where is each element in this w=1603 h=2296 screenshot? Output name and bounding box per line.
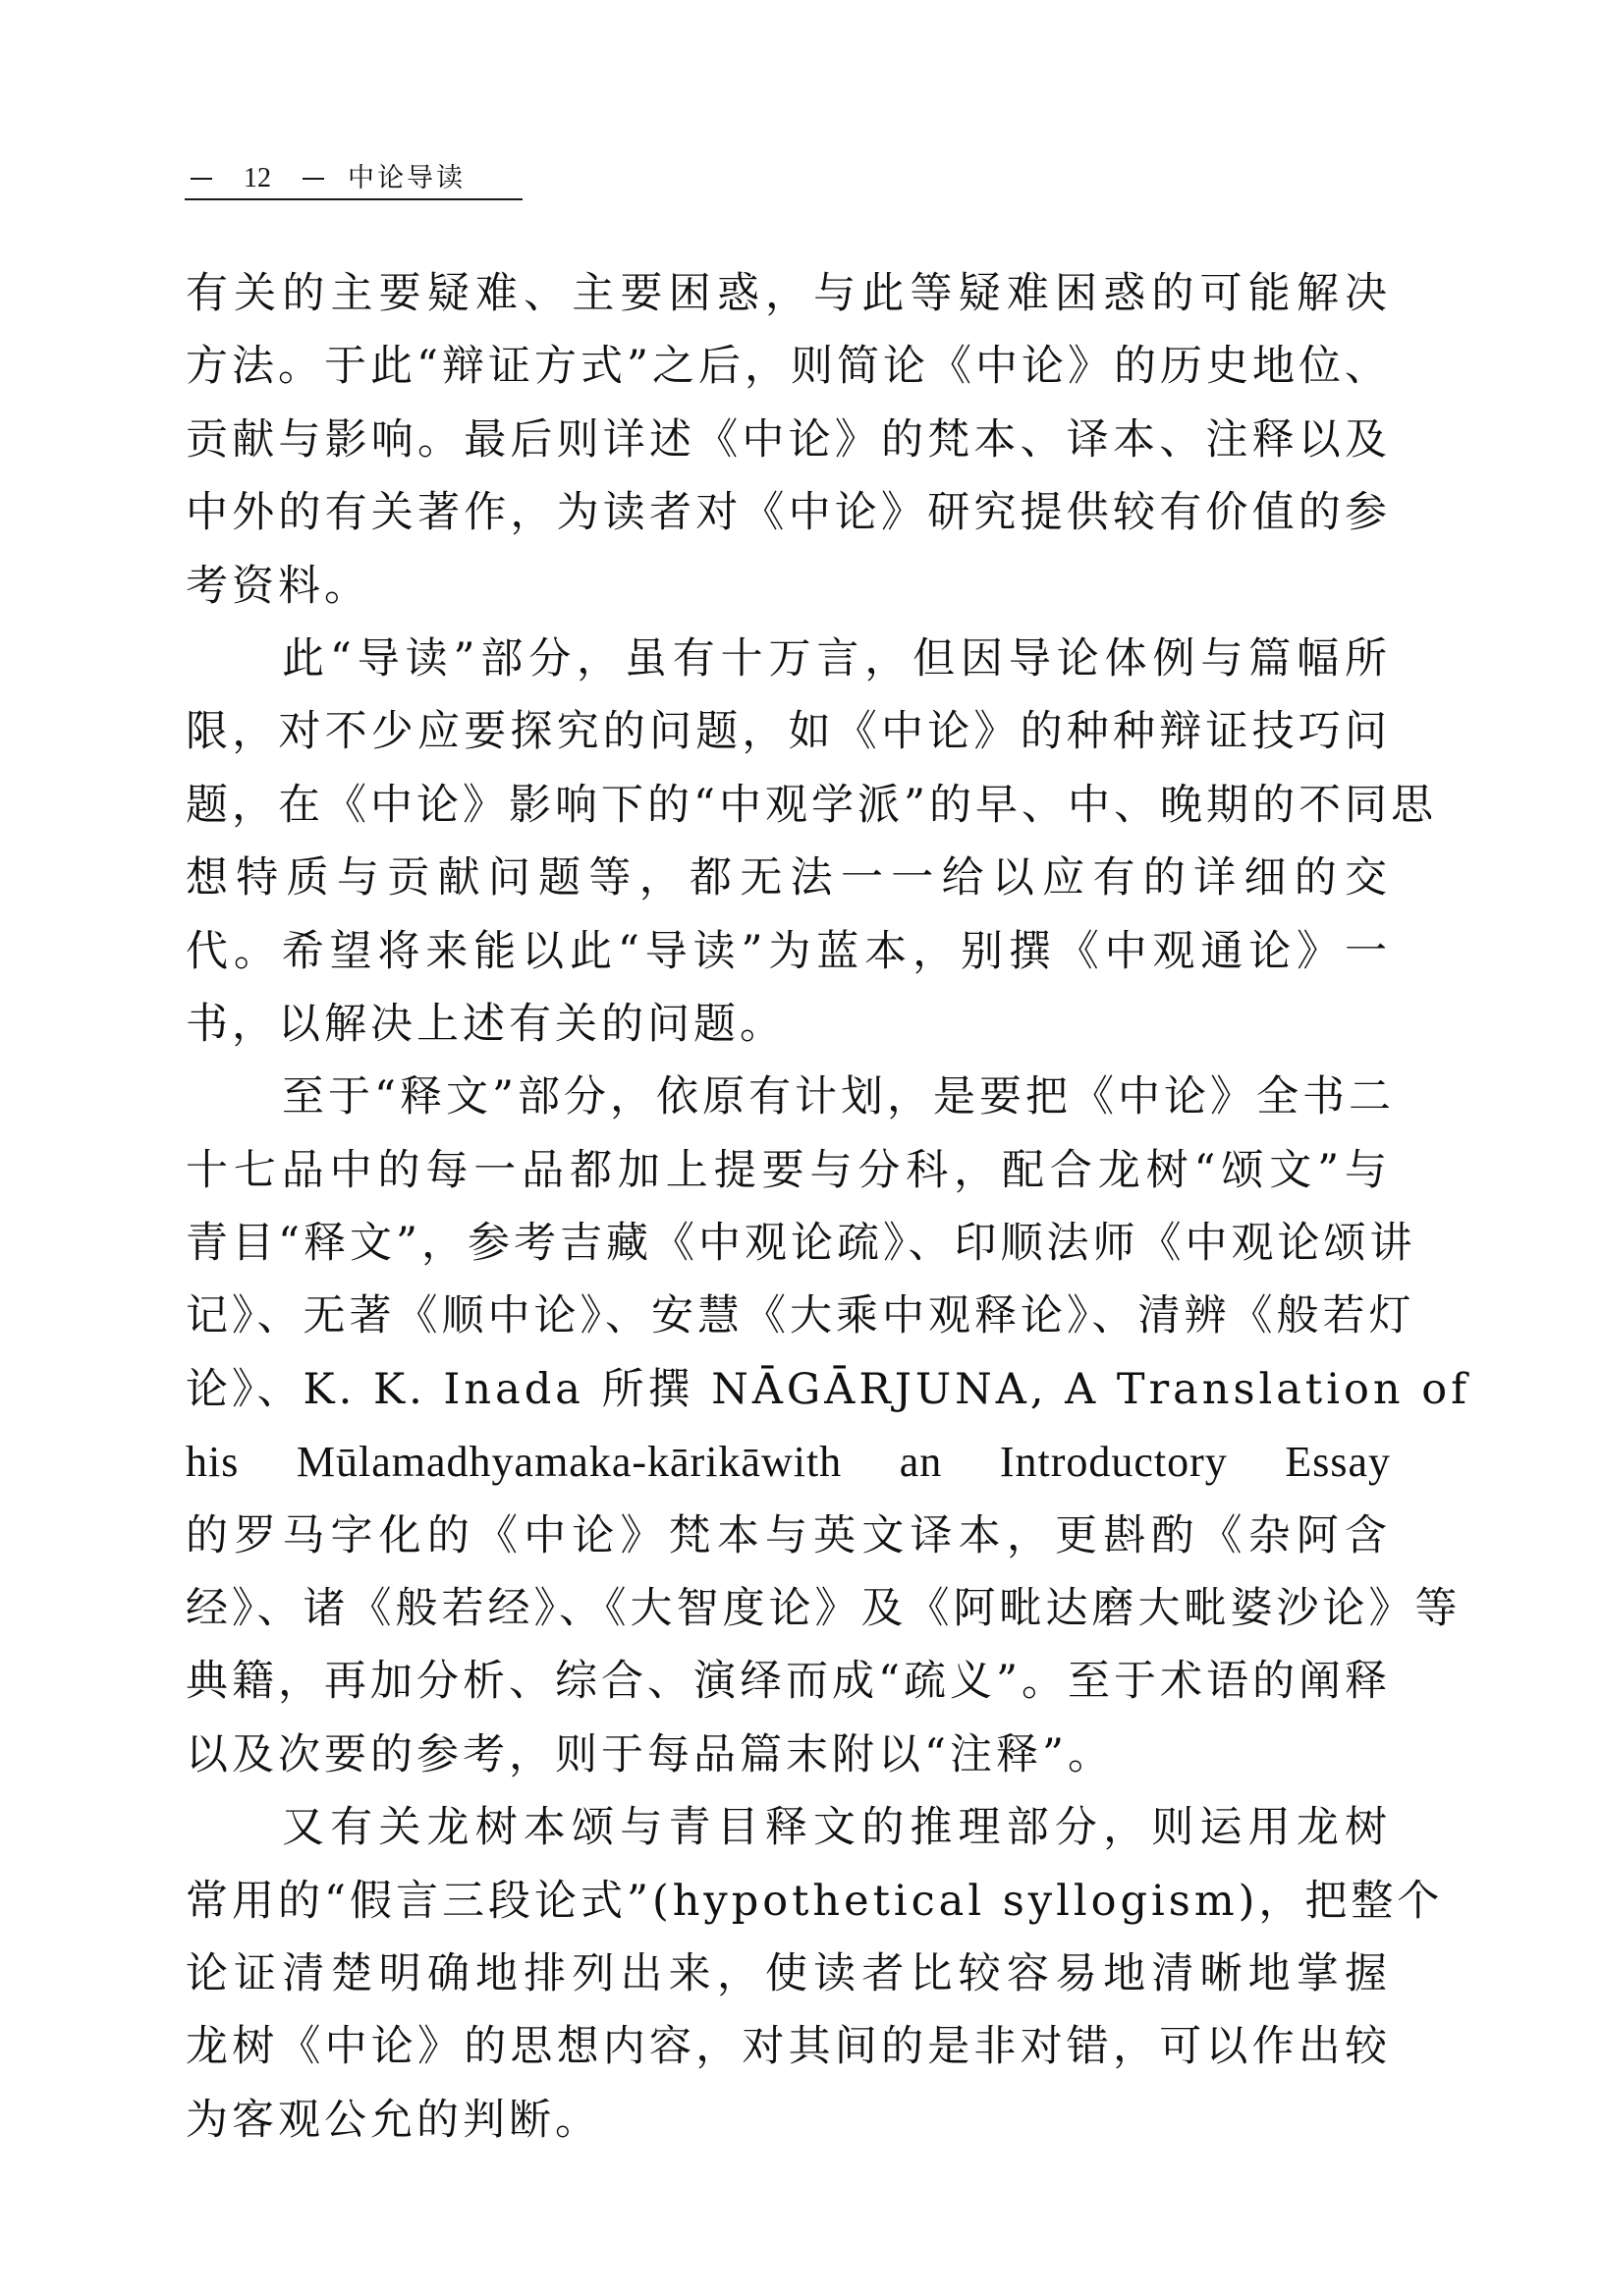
text-line: 龙树《中论》的思想内容，对其间的是非对错，可以作出较 [186,2010,1391,2083]
text-line: 贡献与影响。最后则详述《中论》的梵本、译本、注释以及 [186,404,1391,476]
text-line: 为客观公允的判断。 [186,2084,1391,2157]
text-line: 典籍，再加分析、综合、演绎而成“疏义”。至于术语的阐释 [186,1645,1391,1718]
text-line: 有关的主要疑难、主要困惑，与此等疑难困惑的可能解决 [186,257,1391,330]
text-line: 书，以解决上述有关的问题。 [186,988,1391,1061]
text-line: 的罗马字化的《中论》梵本与英文译本，更斟酌《杂阿含 [186,1500,1391,1572]
paragraph-3: 至于“释文”部分，依原有计划，是要把《中论》全书二 十七品中的每一品都加上提要与… [186,1061,1391,1791]
text-line: 方法。于此“辩证方式”之后，则简论《中论》的历史地位、 [186,330,1391,403]
book-title: 中论导读 [348,162,466,195]
paragraph-2: 此“导读”部分，虽有十万言，但因导论体例与篇幅所 限，对不少应要探究的问题，如《… [186,623,1391,1061]
text-line: 限，对不少应要探究的问题，如《中论》的种种辩证技巧问 [186,695,1391,768]
text-line: 十七品中的每一品都加上提要与分科，配合龙树“颂文”与 [186,1134,1391,1207]
text-line: 论证清楚明确地排列出来，使读者比较容易地清晰地掌握 [186,1938,1391,2010]
text-line: 想特质与贡献问题等，都无法一一给以应有的详细的交 [186,842,1391,914]
text-line: 记》、无著《顺中论》、安慧《大乘中观释论》、清辨《般若灯 [186,1280,1391,1352]
text-line: 经》、诸《般若经》、《大智度论》及《阿毗达磨大毗婆沙论》等 [186,1572,1391,1645]
text-line: 又有关龙树本颂与青目释文的推理部分，则运用龙树 [186,1791,1391,1864]
paragraph-4: 又有关龙树本颂与青目释文的推理部分，则运用龙树 常用的“假言三段论式”(hypo… [186,1791,1391,2157]
paragraph-1: 有关的主要疑难、主要困惑，与此等疑难困惑的可能解决 方法。于此“辩证方式”之后，… [186,257,1391,623]
text-line: 以及次要的参考，则于每品篇末附以“注释”。 [186,1719,1391,1791]
text-line: 常用的“假言三段论式”(hypothetical syllogism)，把整个 [186,1865,1391,1938]
body-text: 有关的主要疑难、主要困惑，与此等疑难困惑的可能解决 方法。于此“辩证方式”之后，… [186,257,1391,2157]
text-line: 代。希望将来能以此“导读”为蓝本，别撰《中观通论》一 [186,915,1391,988]
dash-left [191,178,212,180]
dash-right [303,178,324,180]
text-line: 题，在《中论》影响下的“中观学派”的早、中、晚期的不同思 [186,769,1391,842]
text-line: 此“导读”部分，虽有十万言，但因导论体例与篇幅所 [186,623,1391,695]
running-head: 12 中论导读 [185,159,523,200]
text-line: 至于“释文”部分，依原有计划，是要把《中论》全书二 [186,1061,1391,1133]
text-line: his Mūlamadhyamaka-kārikāwith an Introdu… [186,1426,1391,1499]
text-line: 中外的有关著作，为读者对《中论》研究提供较有价值的参 [186,476,1391,549]
text-line: 考资料。 [186,550,1391,623]
text-line: 青目“释文”，参考吉藏《中观论疏》、印顺法师《中观论颂讲 [186,1207,1391,1280]
page-number: 12 [244,162,271,195]
text-line: 论》、K. K. Inada 所撰 NĀGĀRJUNA, A Translati… [186,1353,1391,1426]
